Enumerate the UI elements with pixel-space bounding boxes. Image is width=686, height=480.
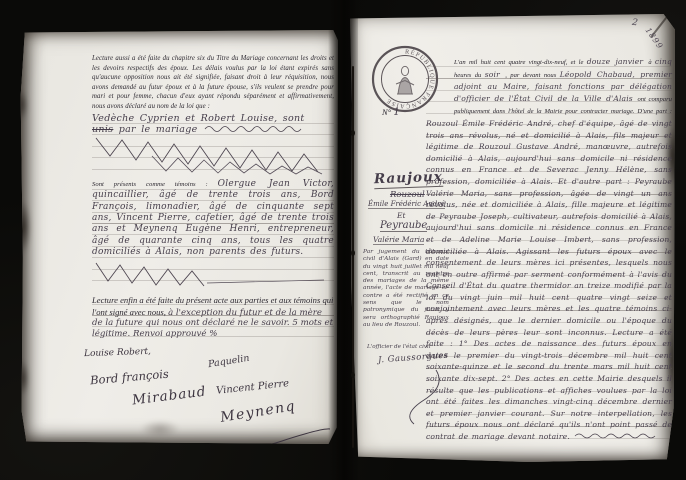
signature-meynenq: Meynenq: [219, 398, 297, 426]
act-number-label: N°: [382, 107, 391, 117]
witnesses-handwritten-text: Olergue Jean Victor, quincaillier, âgé d…: [92, 179, 334, 257]
corner-year-mark: 1899: [644, 26, 665, 51]
margin-bride-firstnames: Valérie Maria: [373, 235, 424, 245]
act-hand-segment-body: Rouzoul Émile Frédéric André, chef d'équ…: [426, 119, 672, 441]
scan-artifact: [140, 420, 180, 438]
signature-flourish: [202, 426, 334, 444]
fill-wave-stroke: [203, 124, 311, 132]
seal-figure-icon: [396, 66, 414, 94]
binding-stitch: [351, 372, 355, 378]
signature-paquelin: Paquelin: [207, 353, 250, 370]
scan-artifact: [20, 90, 28, 120]
left-page-text-block: Lecture aussi a été faite du chapitre si…: [92, 54, 334, 340]
signature-bord-francois: Bord françois: [90, 367, 170, 388]
margin-struck-surname: Rouzoul: [390, 190, 425, 200]
corner-page-number: 2: [631, 18, 638, 29]
act-printed-segment: , par devant nous: [505, 72, 559, 79]
witnesses-printed-label: Sont présents comme témoins :: [92, 181, 218, 188]
void-fill-strokes-2: [92, 259, 334, 291]
scan-artifact: [20, 360, 29, 396]
margin-conjunction: Et: [397, 211, 406, 220]
zigzag-strokes-icon: [92, 136, 332, 176]
binding-stitch: [351, 130, 355, 136]
scanned-register-spread: Lecture aussi a été faite du chapitre si…: [0, 0, 686, 480]
signature-louise-robert: Louise Robert,: [84, 347, 151, 359]
binding-thread: [352, 66, 354, 448]
act-printed-segment: heures du: [454, 72, 485, 79]
margin-officer-title: L'officier de l'état civil: [367, 344, 431, 350]
act-number-row: N° 1: [382, 106, 400, 118]
union-line1: Vedèche Cyprien et Robert Louise, sont: [92, 113, 305, 124]
act-hand-segment-daypart: soir: [485, 70, 500, 79]
zigzag-strokes-icon: [92, 259, 332, 291]
margin-bride-surname: Peyraube: [380, 220, 427, 232]
closing-lecture-paragraph: Lecture enfin a été faite du présent act…: [92, 295, 334, 339]
act-hand-segment-hour: cinq: [655, 57, 672, 66]
act-printed-segment: à: [648, 59, 655, 66]
signature-vincent-pierre: Vincent Pierre: [216, 378, 290, 397]
union-line2: par le mariage: [119, 124, 198, 135]
witnesses-paragraph: Sont présents comme témoins : Olergue Je…: [92, 179, 334, 258]
seal-wrap-spacer: [426, 56, 454, 116]
right-page: 2 1899 RÉPUBLIQUE FRANÇAISE N° 1 Raujoux…: [350, 14, 675, 462]
act-printed-segment: L'an mil huit cent quatre vingt-dix-neuf…: [454, 59, 587, 66]
act-number-value: 1: [393, 106, 400, 118]
handwritten-union-declaration: Vedèche Cyprien et Robert Louise, sont u…: [92, 113, 334, 136]
scan-artifact: [20, 200, 31, 254]
marriage-act-text: L'an mil huit cent quatre vingt-dix-neuf…: [426, 56, 672, 443]
printed-marriage-formula: Lecture aussi a été faite du chapitre si…: [92, 54, 334, 112]
binding-stitch: [351, 250, 355, 256]
left-page: Lecture aussi a été faite du chapitre si…: [20, 30, 338, 444]
signature-mirabaud: Mirabaud: [131, 384, 207, 409]
end-of-act-wave: [573, 431, 661, 439]
union-struck-word: unis: [92, 124, 113, 135]
void-fill-strokes-1: [92, 136, 334, 176]
act-hand-segment-date: douze janvier: [587, 57, 643, 66]
